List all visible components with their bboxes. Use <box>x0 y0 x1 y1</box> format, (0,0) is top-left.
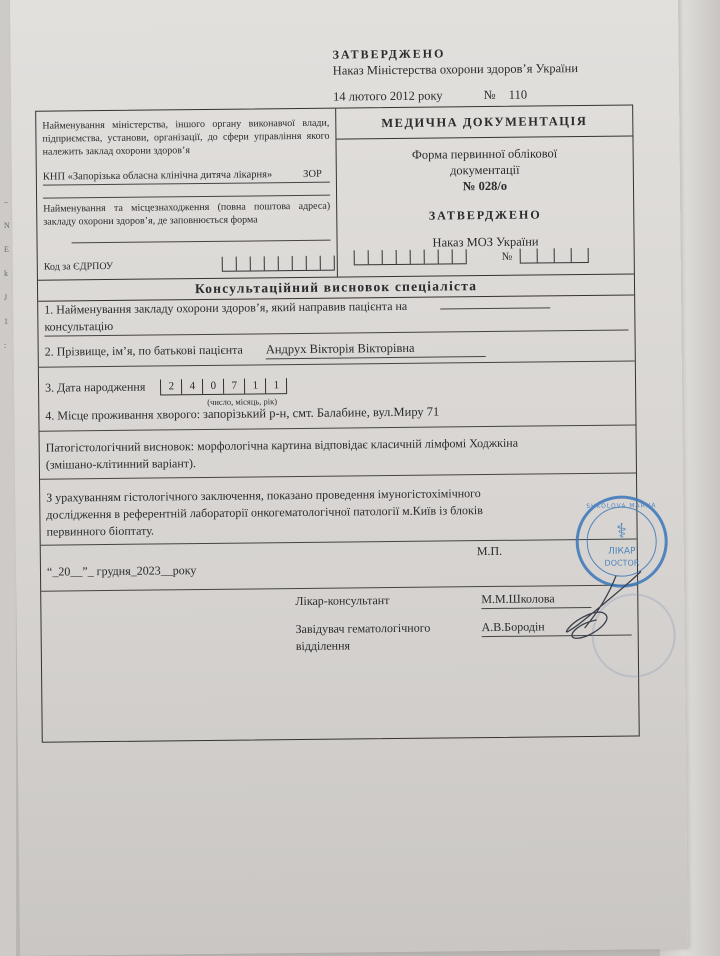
birth-date-digit: 0 <box>202 379 223 394</box>
approval-number-sign: № <box>484 88 496 102</box>
field2-label: 2. Прізвище, ім’я, по батькові пацієнта <box>45 343 243 359</box>
field4-label: 4. Місце проживання хворого: <box>45 407 200 423</box>
moz-date-boxes <box>354 249 467 265</box>
pathohistology-conclusion: Патогістологічний висновок: морфологічна… <box>40 433 636 479</box>
consultant-label: Лікар-консультант <box>295 592 389 610</box>
seal-place: М.П. <box>477 543 503 560</box>
birth-date-digit: 7 <box>223 379 244 394</box>
approval-date-line: 14 лютого 2012 року № 110 <box>333 86 578 105</box>
moz-number-sign: № <box>502 251 513 263</box>
field-residence: 4. Місце проживання хворого: запорізький… <box>39 401 635 431</box>
head-label-line2: відділення <box>296 637 431 655</box>
field1-label-b-text: консультацію <box>44 319 113 334</box>
birth-date-digit: 1 <box>265 378 287 393</box>
caduceus-icon: ⚕ <box>578 520 664 543</box>
underlying-sheet-marks: –NEkJ1: <box>4 190 16 358</box>
moz-approval-title: ЗАТВЕРДЖЕНО <box>337 206 633 224</box>
institution-code: ЗОР <box>303 168 322 181</box>
field-patient-name: 2. Прізвище, ім’я, по батькові пацієнта … <box>39 335 635 367</box>
edrpou-digit-boxes <box>222 256 335 272</box>
field-birth-date: 3. Дата народження 2 4 0 7 1 1 <box>39 373 635 396</box>
handwritten-signature-icon <box>546 565 657 646</box>
form-description: Форма первинної облікової документації №… <box>337 144 633 195</box>
field1-label-text: 1. Найменування закладу охорони здоров’я… <box>44 299 407 317</box>
approval-header: ЗАТВЕРДЖЕНО Наказ Міністерства охорони з… <box>333 44 579 105</box>
stamp-word-ua: ЛІКАР <box>579 546 665 557</box>
ministry-label: Найменування міністерства, іншого органу… <box>42 117 329 159</box>
medical-doc-title: МЕДИЧНА ДОКУМЕНТАЦІЯ <box>336 105 632 139</box>
patient-name-value[interactable]: Андрух Вікторія Вікторівна <box>266 339 486 359</box>
birth-date-digit: 1 <box>244 378 265 393</box>
edrpou-label: Код за ЄДРПОУ <box>44 260 113 274</box>
approval-number: 110 <box>509 88 527 102</box>
field3-label: 3. Дата народження <box>45 380 145 395</box>
recommendation-block: З урахуванням гістологічного заключення,… <box>40 483 637 545</box>
blank-line <box>43 195 330 199</box>
address-blank-line <box>72 240 331 244</box>
head-label: Завідувач гематологічного відділення <box>296 620 431 655</box>
stamp-ring-text: SHKOLOVA MARIIA <box>578 502 664 510</box>
field1-input[interactable] <box>440 307 550 309</box>
birth-date-digit: 4 <box>181 379 202 394</box>
approval-date: 14 лютого 2012 року <box>333 88 443 103</box>
birth-date-digit: 2 <box>160 379 181 394</box>
moz-number-row: № <box>354 248 624 269</box>
document-page: ЗАТВЕРДЖЕНО Наказ Міністерства охорони з… <box>10 0 688 956</box>
approval-order: Наказ Міністерства охорони здоров’я Укра… <box>333 60 578 79</box>
head-label-line1: Завідувач гематологічного <box>296 620 431 638</box>
medical-doc-panel: МЕДИЧНА ДОКУМЕНТАЦІЯ Форма первинної обл… <box>336 105 634 276</box>
edrpou-row: Код за ЄДРПОУ <box>44 253 334 274</box>
moz-number-boxes <box>520 248 589 264</box>
address-label: Найменування та місцезнаходження (повна … <box>43 200 330 229</box>
institution-line: КНП «Запорізька обласна клінічна дитяча … <box>43 168 330 186</box>
field-referring-institution: 1. Найменування закладу охорони здоров’я… <box>38 295 634 336</box>
signed-date: “_20__”_ грудня_2023__року <box>47 563 197 579</box>
birth-date-boxes[interactable]: 2 4 0 7 1 1 <box>160 378 287 395</box>
residence-value[interactable]: запорізький р-н, смт. Балабине, вул.Миру… <box>203 405 439 421</box>
institution-panel: Найменування міністерства, іншого органу… <box>36 109 338 280</box>
form-number: № 028/о <box>337 176 633 195</box>
institution-value: КНП «Запорізька обласна клінічна дитяча … <box>43 169 272 182</box>
form-028o: Найменування міністерства, іншого органу… <box>35 104 640 742</box>
